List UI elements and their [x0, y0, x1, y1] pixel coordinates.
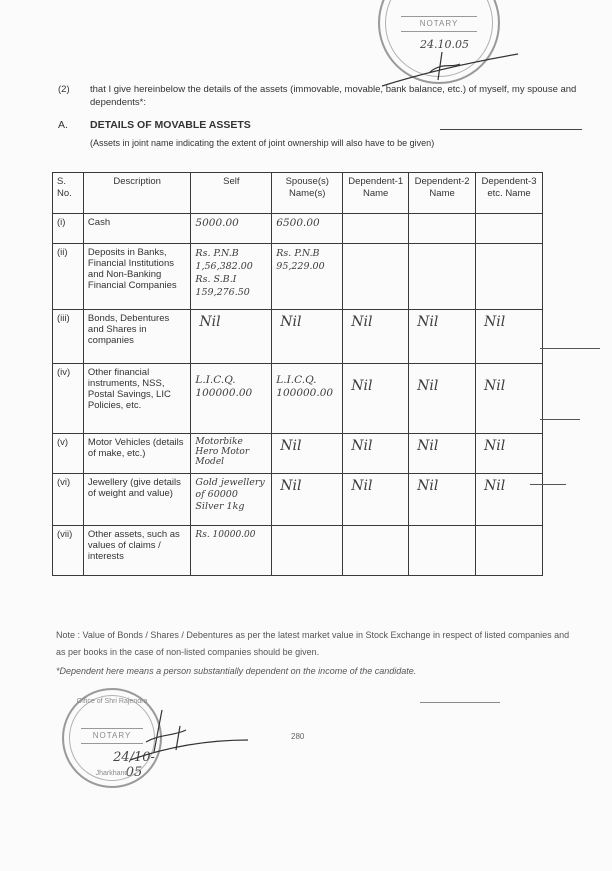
pen-stroke — [540, 419, 580, 420]
self-value: L.I.C.Q. 100000.00 — [191, 364, 272, 434]
dependent-3-value: Nil — [476, 474, 543, 526]
dependent-1-value: Nil — [343, 434, 409, 474]
dependent-2-value: Nil — [409, 434, 476, 474]
row-description: Deposits in Banks, Financial Institution… — [83, 244, 191, 310]
section-letter: A. — [58, 119, 68, 132]
table-row: (vii) Other assets, such as values of cl… — [53, 526, 543, 576]
dependent-3-value — [476, 244, 543, 310]
dependent-1-value: Nil — [343, 310, 409, 364]
header-dependent-1: Dependent-1 Name — [343, 173, 409, 214]
dependent-3-value: Nil — [476, 434, 543, 474]
dependent-2-value — [409, 244, 476, 310]
table-row: (vi) Jewellery (give details of weight a… — [53, 474, 543, 526]
self-value: Rs. P.N.B 1,56,382.00 Rs. S.B.I 159,276.… — [191, 244, 272, 310]
table-row: (v) Motor Vehicles (details of make, etc… — [53, 434, 543, 474]
spouse-value: 6500.00 — [272, 214, 343, 244]
row-description: Other financial instruments, NSS, Postal… — [83, 364, 191, 434]
signature-bottom — [90, 706, 250, 766]
pen-stroke — [530, 484, 566, 485]
stamp-arc-bottom: Jharkhand — [64, 770, 160, 777]
table-row: (i) Cash 5000.00 6500.00 — [53, 214, 543, 244]
spouse-value: Nil — [272, 474, 343, 526]
paragraph-number: (2) — [58, 83, 70, 96]
row-description: Cash — [83, 214, 191, 244]
row-number: (v) — [53, 434, 84, 474]
dependent-2-value: Nil — [409, 310, 476, 364]
self-value: Gold jewellery of 60000 Silver 1kg — [191, 474, 272, 526]
row-description: Bonds, Debentures and Shares in companie… — [83, 310, 191, 364]
dependent-2-value: Nil — [409, 364, 476, 434]
decorative-line — [420, 702, 500, 703]
self-value: Nil — [191, 310, 272, 364]
self-value: Rs. 10000.00 — [191, 526, 272, 576]
header-self: Self — [191, 173, 272, 214]
header-dependent-2: Dependent-2 Name — [409, 173, 476, 214]
spouse-value: Rs. P.N.B 95,229.00 — [272, 244, 343, 310]
row-description: Motor Vehicles (details of make, etc.) — [83, 434, 191, 474]
section-subtitle: (Assets in joint name indicating the ext… — [90, 137, 434, 150]
dependent-1-value — [343, 214, 409, 244]
self-value: Motorbike Hero Motor Model — [191, 434, 272, 474]
dependent-1-value — [343, 244, 409, 310]
row-description: Jewellery (give details of weight and va… — [83, 474, 191, 526]
row-description: Other assets, such as values of claims /… — [83, 526, 191, 576]
table-row: (iii) Bonds, Debentures and Shares in co… — [53, 310, 543, 364]
page-number: 280 — [291, 730, 304, 743]
dependent-3-value: Nil — [476, 364, 543, 434]
row-number: (vii) — [53, 526, 84, 576]
section-title: DETAILS OF MOVABLE ASSETS — [90, 119, 251, 132]
table-row: (iv) Other financial instruments, NSS, P… — [53, 364, 543, 434]
header-dependent-3: Dependent-3 etc. Name — [476, 173, 543, 214]
stamp-arc-top: Office of Shri Rajendra — [64, 698, 160, 705]
stamp-label: NOTARY — [380, 19, 498, 28]
paragraph-text: that I give hereinbelow the details of t… — [90, 83, 590, 109]
dependent-1-value: Nil — [343, 364, 409, 434]
table-header-row: S. No. Description Self Spouse(s) Name(s… — [53, 173, 543, 214]
spouse-value: Nil — [272, 310, 343, 364]
pen-stroke — [540, 348, 600, 349]
note-text: Note : Value of Bonds / Shares / Debentu… — [56, 627, 576, 661]
spouse-value: L.I.C.Q. 100000.00 — [272, 364, 343, 434]
dependent-3-value — [476, 214, 543, 244]
dependent-1-value: Nil — [343, 474, 409, 526]
row-number: (ii) — [53, 244, 84, 310]
table-row: (ii) Deposits in Banks, Financial Instit… — [53, 244, 543, 310]
spouse-value — [272, 526, 343, 576]
dependent-3-value: Nil — [476, 310, 543, 364]
dependent-3-value — [476, 526, 543, 576]
spouse-value: Nil — [272, 434, 343, 474]
dependent-1-value — [343, 526, 409, 576]
decorative-line — [440, 129, 582, 130]
row-number: (vi) — [53, 474, 84, 526]
header-description: Description — [83, 173, 191, 214]
header-sno: S. No. — [53, 173, 84, 214]
self-value: 5000.00 — [191, 214, 272, 244]
dependent-2-value — [409, 214, 476, 244]
movable-assets-table: S. No. Description Self Spouse(s) Name(s… — [52, 172, 543, 576]
row-number: (iv) — [53, 364, 84, 434]
header-spouse: Spouse(s) Name(s) — [272, 173, 343, 214]
dependent-2-value: Nil — [409, 474, 476, 526]
row-number: (iii) — [53, 310, 84, 364]
dependent-2-value — [409, 526, 476, 576]
dependent-note: *Dependent here means a person substanti… — [56, 665, 576, 678]
row-number: (i) — [53, 214, 84, 244]
